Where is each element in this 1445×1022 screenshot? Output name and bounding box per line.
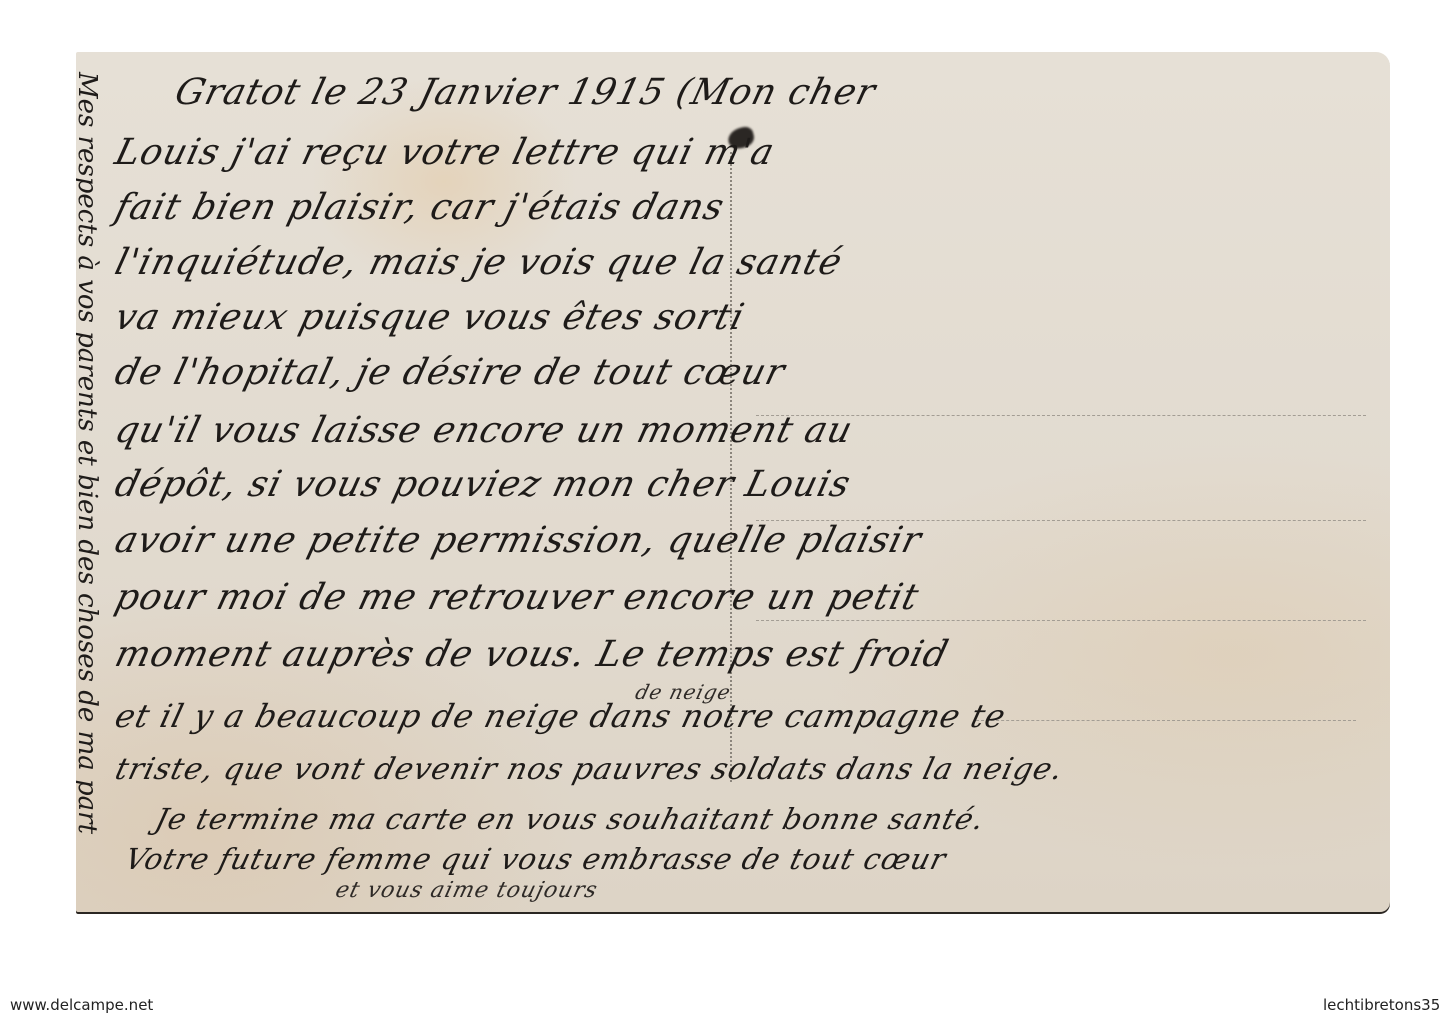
handwritten-line: Je termine ma carte en vous souhaitant b… xyxy=(152,802,989,836)
address-line-3 xyxy=(756,620,1366,621)
handwritten-line: Votre future femme qui vous embrasse de … xyxy=(122,842,950,876)
margin-note: Mes respects à vos parents et bien des c… xyxy=(76,72,102,834)
postcard-back: Mes respects à vos parents et bien des c… xyxy=(76,52,1390,914)
handwritten-line: de l'hopital, je désire de tout cœur xyxy=(111,352,790,393)
handwritten-line: Gratot le 23 Janvier 1915 (Mon cher xyxy=(171,72,880,113)
address-line-4 xyxy=(976,720,1356,721)
handwritten-line: qu'il vous laisse encore un moment au xyxy=(111,410,857,451)
handwritten-line: triste, que vont devenir nos pauvres sol… xyxy=(112,752,1068,787)
handwritten-line: va mieux puisque vous êtes sorti xyxy=(111,297,749,338)
watermark-seller: lechtibretons35 xyxy=(1323,996,1440,1014)
handwritten-line: et il y a beaucoup de neige dans notre c… xyxy=(111,697,1010,735)
handwritten-line: moment auprès de vous. Le temps est froi… xyxy=(111,634,953,675)
handwritten-line: l'inquiétude, mais je vois que la santé xyxy=(111,242,847,283)
handwritten-line: et vous aime toujours xyxy=(333,878,601,903)
handwritten-line: Louis j'ai reçu votre lettre qui m'a xyxy=(111,132,779,173)
handwritten-line: fait bien plaisir, car j'étais dans xyxy=(111,187,729,228)
handwritten-line: pour moi de me retrouver encore un petit xyxy=(111,577,923,618)
watermark-delcampe: www.delcampe.net xyxy=(10,996,153,1014)
handwritten-line: dépôt, si vous pouviez mon cher Louis xyxy=(111,464,855,505)
handwritten-line: avoir une petite permission, quelle plai… xyxy=(111,520,926,561)
